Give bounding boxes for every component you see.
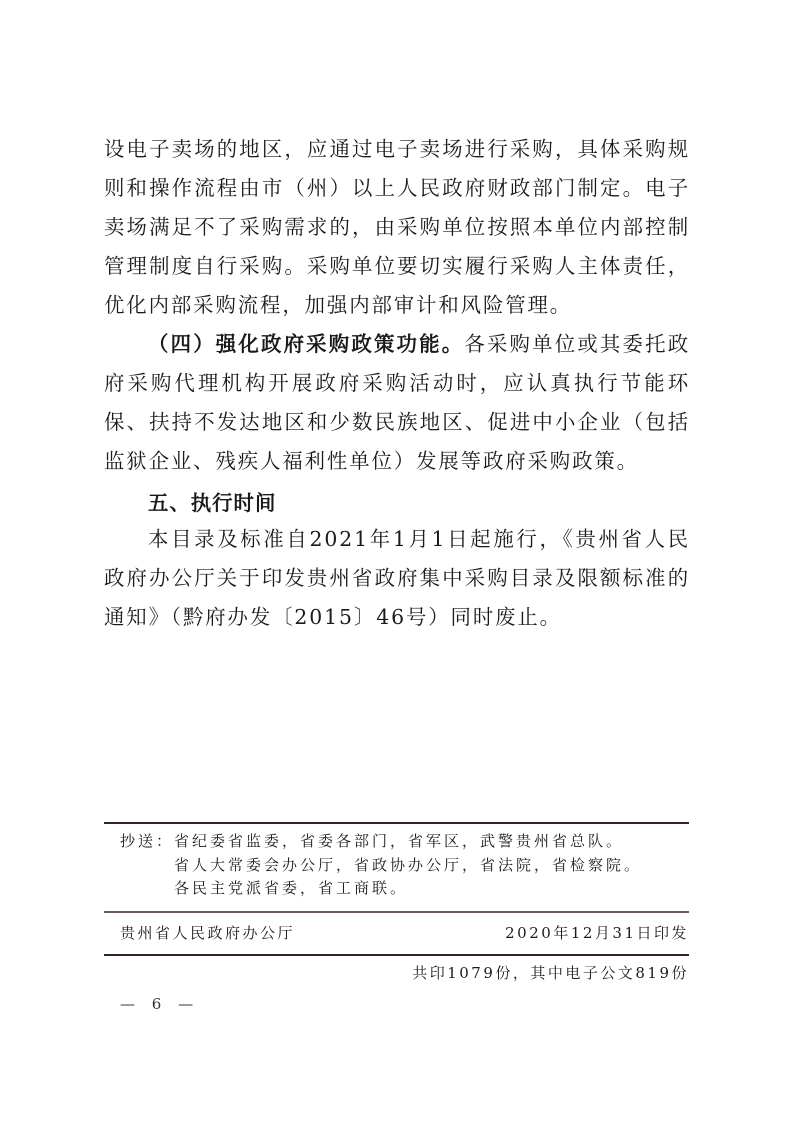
cc-block: 抄送：省纪委省监委，省委各部门，省军区，武警贵州省总队。 省人大常委会办公厅，省… [120, 830, 642, 901]
cc-label: 抄送： [120, 830, 174, 854]
cc-line-1: 省纪委省监委，省委各部门，省军区，武警贵州省总队。 [174, 832, 624, 850]
issuer-name: 贵州省人民政府办公厅 [120, 922, 295, 943]
paragraph-policy-function: （四）强化政府采购政策功能。各采购单位或其委托政府采购代理机构开展政府采购活动时… [104, 325, 690, 481]
page-number: — 6 — [120, 995, 199, 1013]
rule-bottom [104, 954, 689, 956]
paragraph-effective-date: 本目录及标准自2021年1月1日起施行，《贵州省人民政府办公厅关于印发贵州省政府… [104, 520, 690, 637]
cc-line-3: 各民主党派省委，省工商联。 [120, 877, 642, 901]
section-subtitle-four: （四）强化政府采购政策功能。 [148, 332, 464, 356]
cc-row-1: 抄送：省纪委省监委，省委各部门，省军区，武警贵州省总队。 [120, 830, 642, 854]
issue-date: 2020年12月31日印发 [505, 922, 689, 943]
paragraph-electronic-mall: 设电子卖场的地区，应通过电子卖场进行采购，具体采购规则和操作流程由市（州）以上人… [104, 130, 690, 325]
print-count: 共印1079份，其中电子公文819份 [412, 962, 689, 983]
rule-top [104, 822, 689, 824]
section-heading-execution-time: 五、执行时间 [148, 487, 276, 516]
rule-middle [104, 911, 689, 913]
cc-line-2: 省人大常委会办公厅，省政协办公厅，省法院，省检察院。 [120, 854, 642, 878]
